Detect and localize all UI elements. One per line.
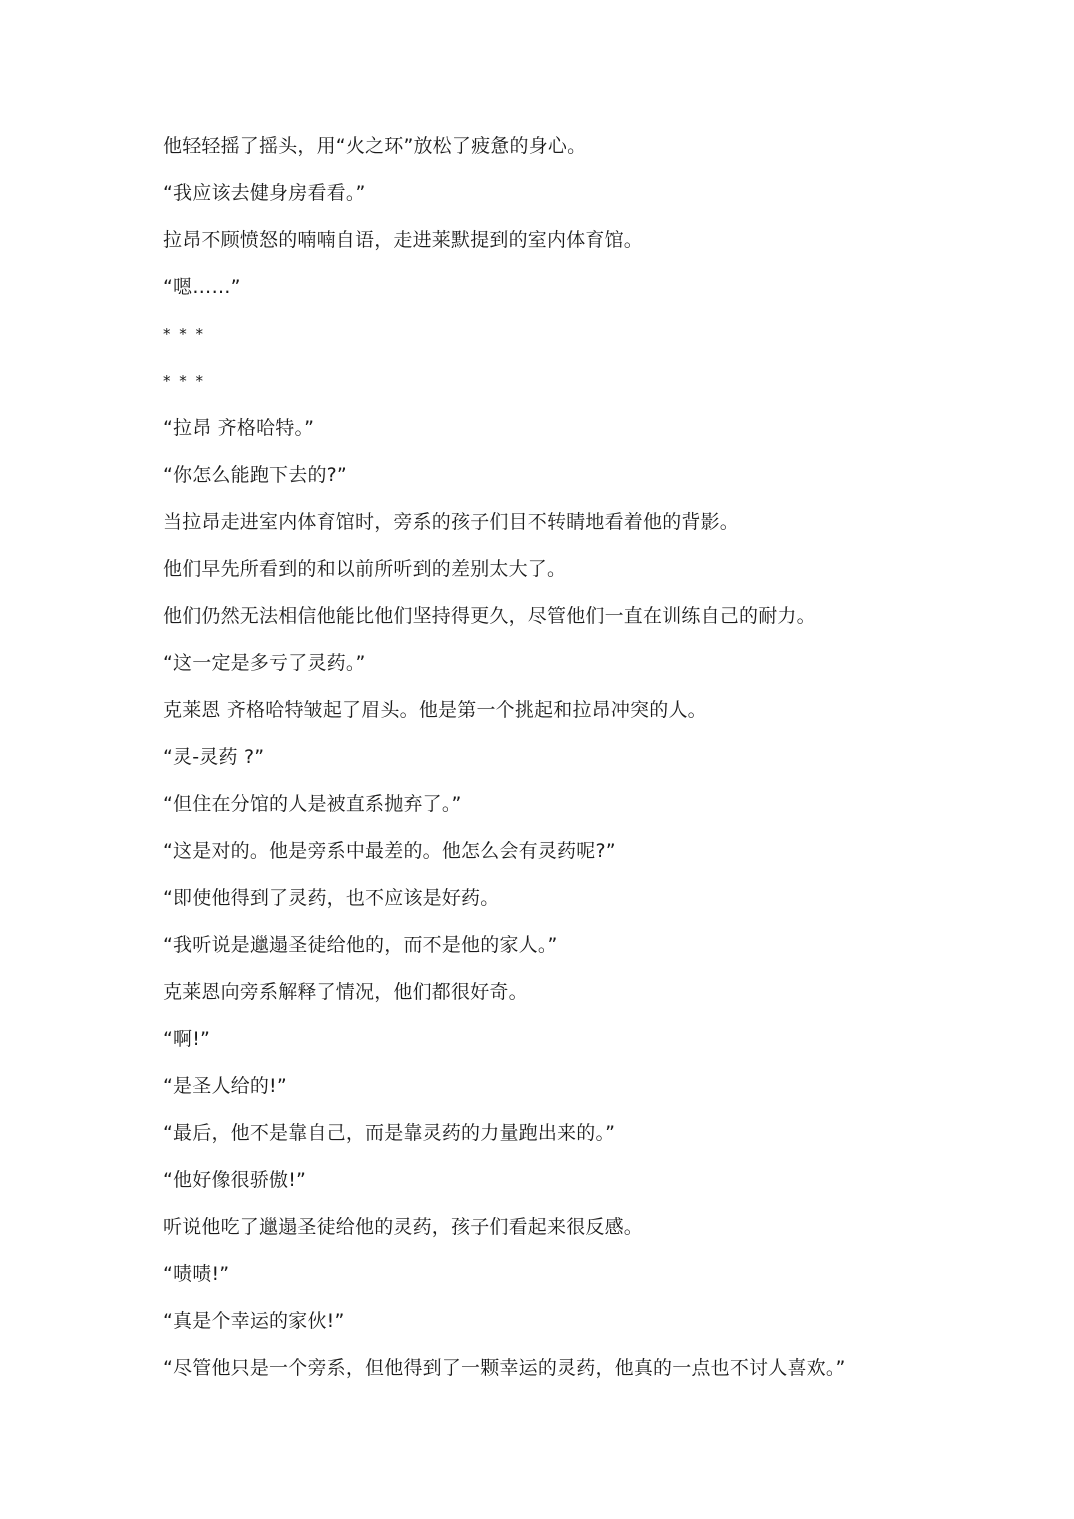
document-page: 他轻轻摇了摇头，用“火之环”放松了疲惫的身心。 “我应该去健身房看看。” 拉昂不… [163,131,1023,1400]
paragraph-narration: 当拉昂走进室内体育馆时，旁系的孩子们目不转睛地看着他的背影。 [163,507,1023,554]
paragraph-narration: 他轻轻摇了摇头，用“火之环”放松了疲惫的身心。 [163,131,1023,178]
paragraph-dialogue: “即使他得到了灵药，也不应该是好药。 [163,883,1023,930]
scene-separator: * * * [163,366,1023,413]
paragraph-dialogue: “嗯……” [163,272,1023,319]
paragraph-dialogue: “啧啧!” [163,1259,1023,1306]
paragraph-narration: 听说他吃了邋遢圣徒给他的灵药，孩子们看起来很反感。 [163,1212,1023,1259]
paragraph-narration: 克莱恩 齐格哈特皱起了眉头。他是第一个挑起和拉昂冲突的人。 [163,695,1023,742]
paragraph-narration: 拉昂不顾愤怒的喃喃自语，走进莱默提到的室内体育馆。 [163,225,1023,272]
paragraph-dialogue: “尽管他只是一个旁系，但他得到了一颗幸运的灵药，他真的一点也不讨人喜欢。” [163,1353,1023,1400]
paragraph-dialogue: “啊!” [163,1024,1023,1071]
scene-separator: * * * [163,319,1023,366]
paragraph-narration: 克莱恩向旁系解释了情况，他们都很好奇。 [163,977,1023,1024]
paragraph-dialogue: “是圣人给的!” [163,1071,1023,1118]
paragraph-dialogue: “这是对的。他是旁系中最差的。他怎么会有灵药呢?” [163,836,1023,883]
paragraph-narration: 他们早先所看到的和以前所听到的差别太大了。 [163,554,1023,601]
paragraph-narration: 他们仍然无法相信他能比他们坚持得更久，尽管他们一直在训练自己的耐力。 [163,601,1023,648]
paragraph-dialogue: “你怎么能跑下去的?” [163,460,1023,507]
paragraph-dialogue: “拉昂 齐格哈特。” [163,413,1023,460]
paragraph-dialogue: “灵-灵药 ?” [163,742,1023,789]
paragraph-dialogue: “我应该去健身房看看。” [163,178,1023,225]
paragraph-dialogue: “他好像很骄傲!” [163,1165,1023,1212]
paragraph-dialogue: “最后，他不是靠自己，而是靠灵药的力量跑出来的。” [163,1118,1023,1165]
paragraph-dialogue: “真是个幸运的家伙!” [163,1306,1023,1353]
paragraph-dialogue: “这一定是多亏了灵药。” [163,648,1023,695]
paragraph-dialogue: “但住在分馆的人是被直系抛弃了。” [163,789,1023,836]
paragraph-dialogue: “我听说是邋遢圣徒给他的，而不是他的家人。” [163,930,1023,977]
